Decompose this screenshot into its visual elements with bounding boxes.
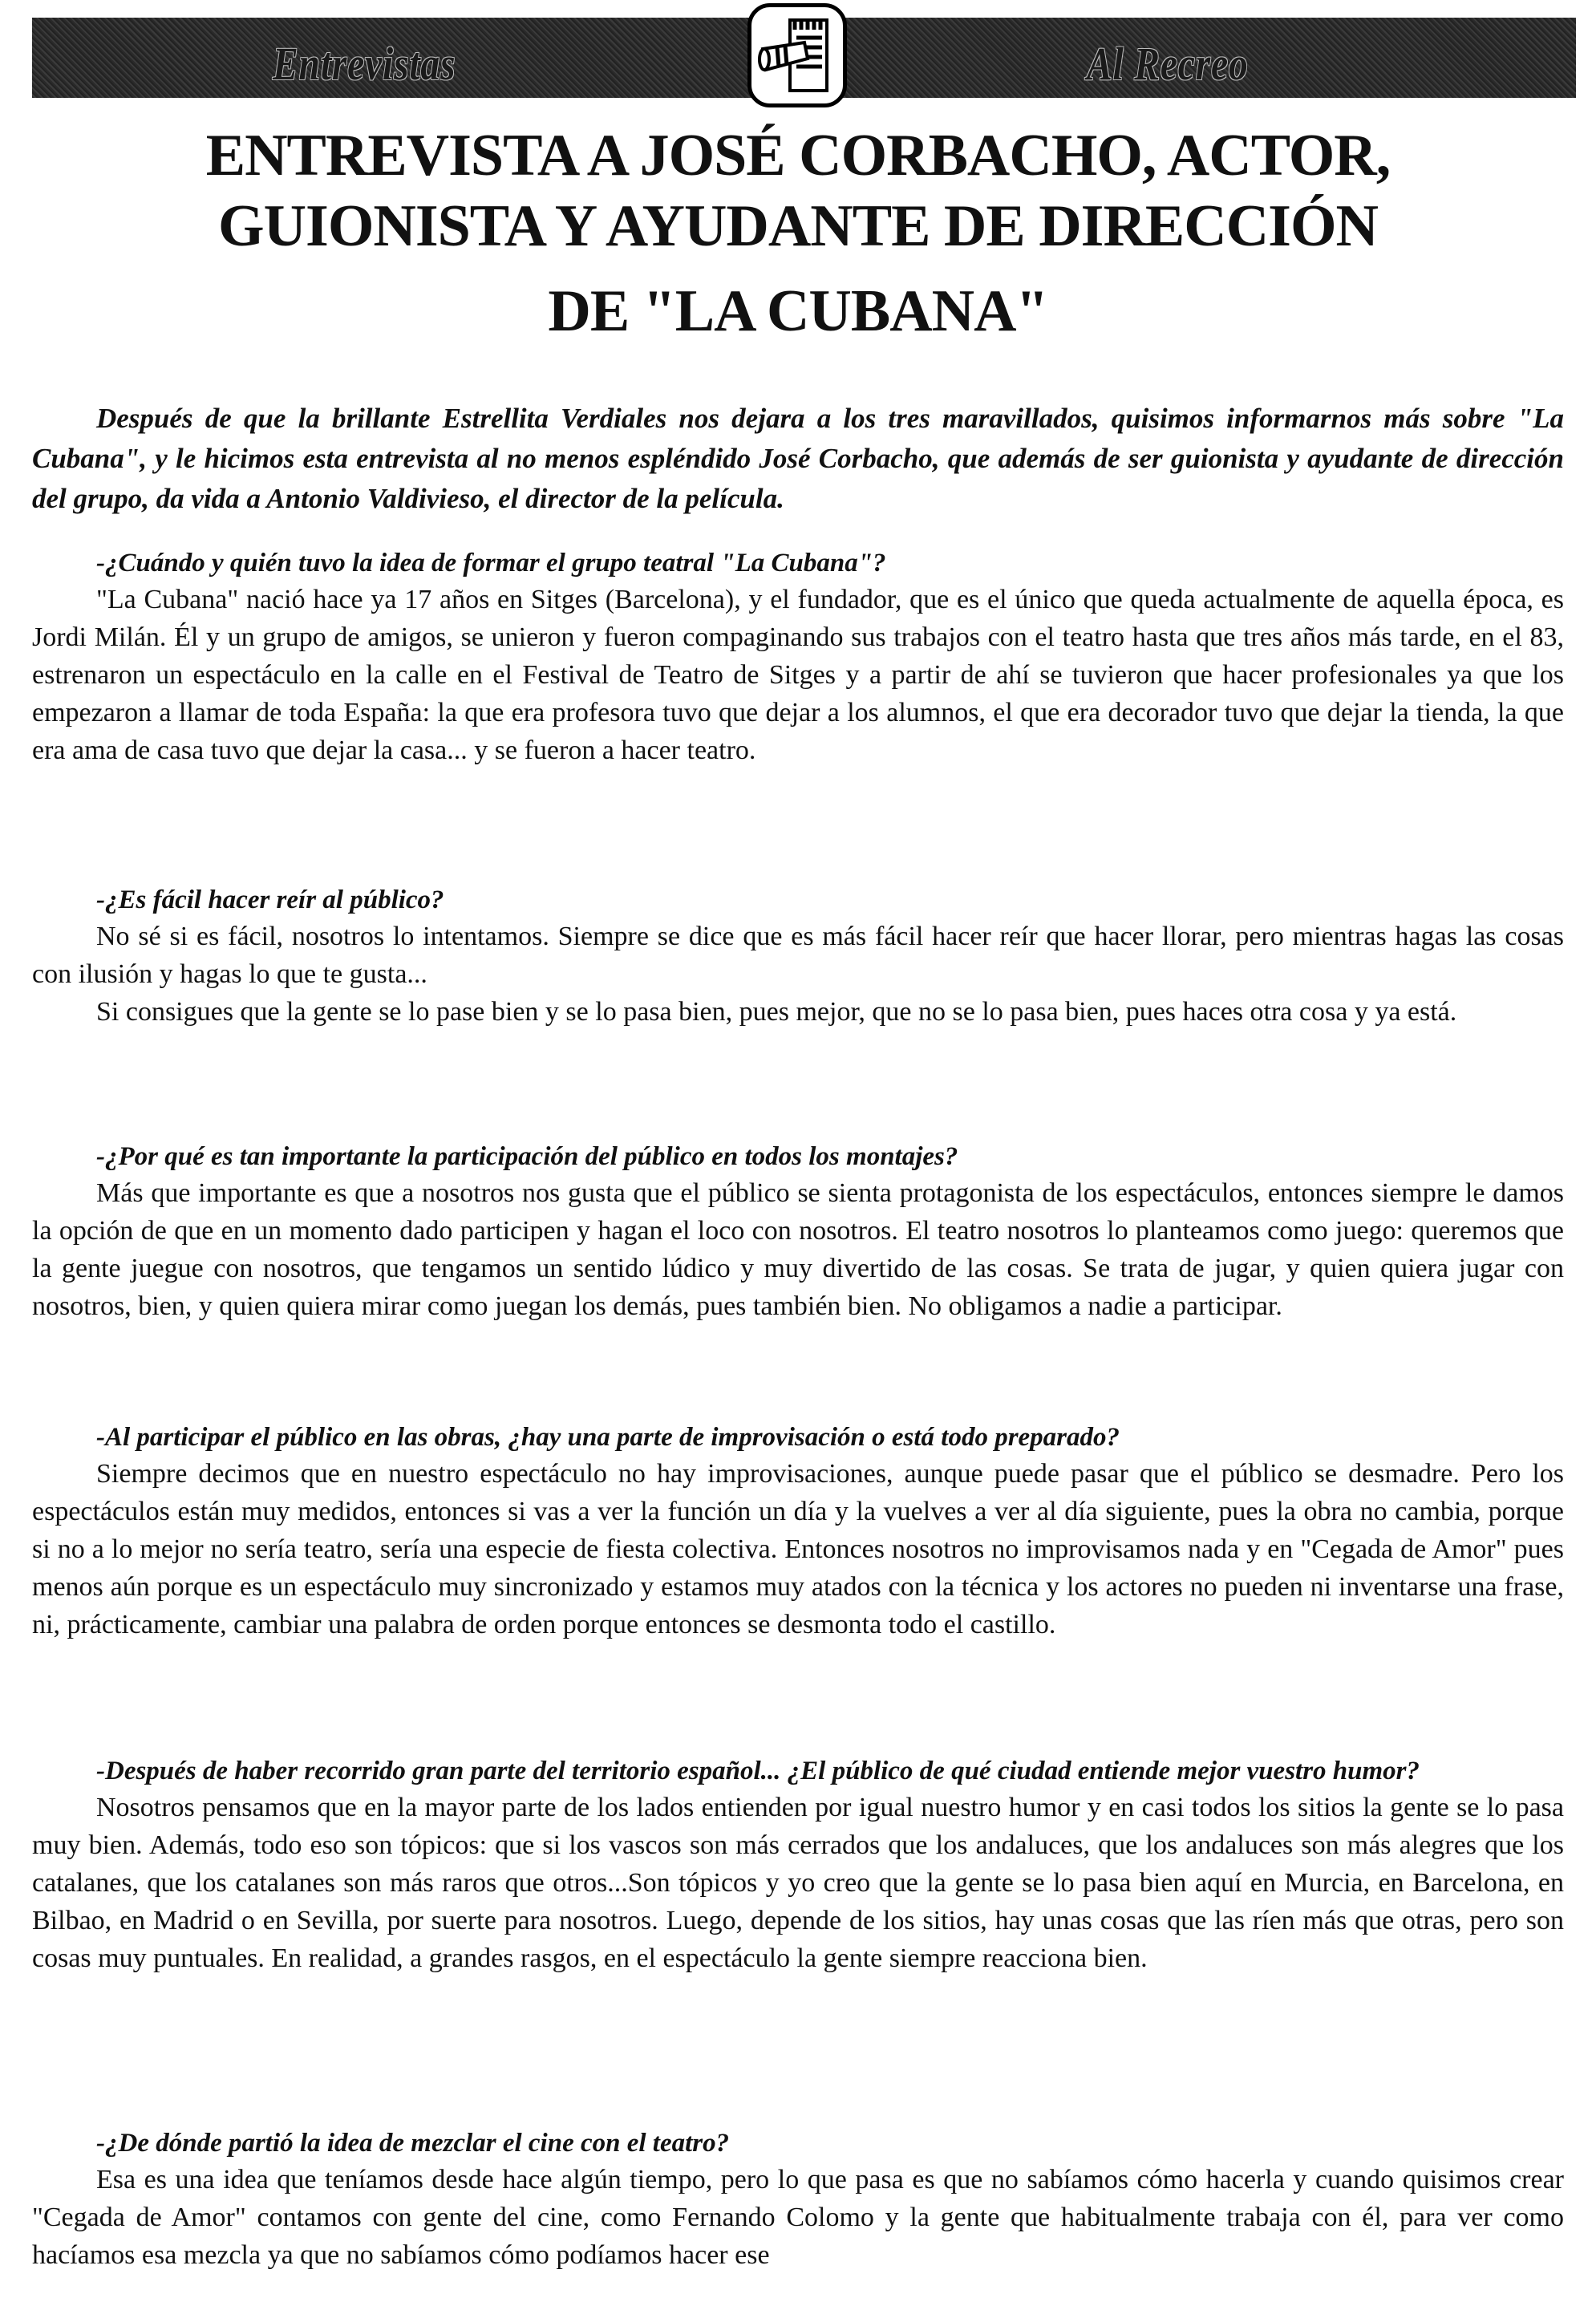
title-line: DE "LA CUBANA" <box>32 276 1564 346</box>
section-label-entrevistas: Entrevistas <box>273 37 456 91</box>
question: -¿Por qué es tan importante la participa… <box>32 1139 1564 1174</box>
qa-block: -¿Por qué es tan importante la participa… <box>32 1139 1564 1325</box>
qa-block: -¿De dónde partió la idea de mezclar el … <box>32 2126 1564 2274</box>
question: -Después de haber recorrido gran parte d… <box>32 1753 1564 1789</box>
section-label-al-recreo: Al Recreo <box>1087 37 1249 91</box>
answer: Más que importante es que a nosotros nos… <box>32 1174 1564 1325</box>
article-lead: Después de que la brillante Estrellita V… <box>32 399 1564 519</box>
question: -Al participar el público en las obras, … <box>32 1420 1564 1455</box>
article-title: ENTREVISTA A JOSÉ CORBACHO, ACTOR, GUION… <box>32 120 1564 346</box>
qa-block: -Después de haber recorrido gran parte d… <box>32 1753 1564 1977</box>
answer: Esa es una idea que teníamos desde hace … <box>32 2161 1564 2274</box>
answer: Nosotros pensamos que en la mayor parte … <box>32 1789 1564 1977</box>
answer: Si consigues que la gente se lo pase bie… <box>32 993 1564 1031</box>
question: -¿Es fácil hacer reír al público? <box>32 882 1564 918</box>
answer: Siempre decimos que en nuestro espectácu… <box>32 1455 1564 1643</box>
qa-block: -Al participar el público en las obras, … <box>32 1420 1564 1643</box>
qa-block: -¿Es fácil hacer reír al público? No sé … <box>32 882 1564 1031</box>
answer: No sé si es fácil, nosotros lo intentamo… <box>32 918 1564 993</box>
question: -¿De dónde partió la idea de mezclar el … <box>32 2126 1564 2161</box>
title-line: GUIONISTA Y AYUDANTE DE DIRECCIÓN <box>32 191 1564 261</box>
question: -¿Cuándo y quién tuvo la idea de formar … <box>32 545 1564 581</box>
title-line: ENTREVISTA A JOSÉ CORBACHO, ACTOR, <box>32 120 1564 191</box>
answer: "La Cubana" nació hace ya 17 años en Sit… <box>32 581 1564 769</box>
qa-block: -¿Cuándo y quién tuvo la idea de formar … <box>32 545 1564 769</box>
notepad-megaphone-icon <box>747 3 847 107</box>
